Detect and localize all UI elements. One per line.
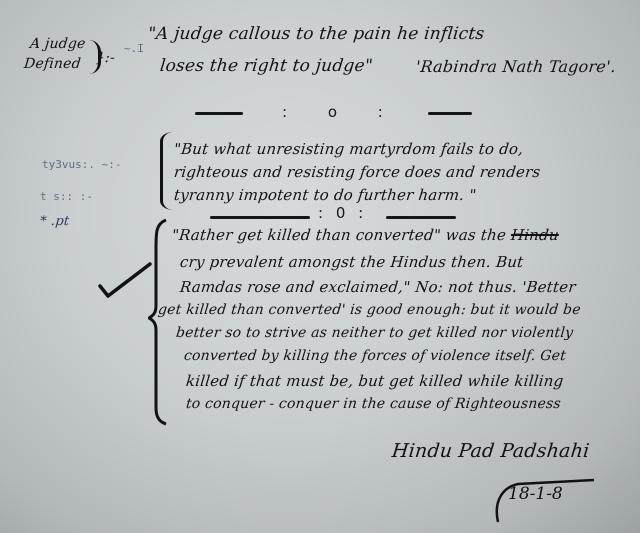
struck-word: Hindu xyxy=(510,226,560,244)
separator-line-left xyxy=(195,112,243,115)
hindu-quote-line-5: better so to strive as neither to get ki… xyxy=(175,325,574,341)
brace-force-quote xyxy=(160,132,173,210)
faint-mark: ~.I xyxy=(124,42,144,55)
hindu-quote-line-8: to conquer - conquer in the cause of Rig… xyxy=(185,396,561,412)
separator-mark: : o : xyxy=(282,103,401,121)
faint-margin-note-1: ty3vus:. ~:- xyxy=(42,158,121,171)
brace-hindu-quote xyxy=(148,218,168,428)
force-quote-line-2: righteous and resisting force does and r… xyxy=(173,163,541,181)
margin-note-pt: * .pt xyxy=(39,214,70,229)
force-quote-line-1: "But what unresisting martyrdom fails to… xyxy=(173,140,524,158)
hindu-quote-line-2: cry prevalent amongst the Hindus then. B… xyxy=(179,253,524,271)
margin-dash-marks: }:- xyxy=(95,50,116,66)
separator-2-mark: : 0 : xyxy=(318,204,367,222)
margin-label-a-judge: A judge xyxy=(29,36,86,52)
hindu-quote-line-7: killed if that must be, but get killed w… xyxy=(185,372,564,390)
source-signature: Hindu Pad Padshahi xyxy=(391,440,591,462)
margin-label-defined: Defined xyxy=(23,56,82,72)
hindu-quote-line-4: get killed than converted' is good enoug… xyxy=(157,302,581,318)
hindu-quote-line-3: Ramdas rose and exclaimed," No: not thus… xyxy=(179,278,577,296)
tagore-quote-line-1: "A judge callous to the pain he inflicts xyxy=(147,24,485,44)
separator-2-line-left xyxy=(210,216,310,219)
faint-margin-note-2: t s:: :- xyxy=(40,190,93,203)
tagore-quote-line-2: loses the right to judge" xyxy=(159,56,374,76)
separator-line-right xyxy=(428,112,472,115)
hindu-quote-line-6: converted by killing the forces of viole… xyxy=(183,348,567,364)
date: 18-1-8 xyxy=(508,484,563,504)
tagore-attribution: 'Rabindra Nath Tagore'. xyxy=(415,57,617,76)
check-mark-icon xyxy=(98,260,154,304)
hindu-quote-line-1: "Rather get killed than converted" was t… xyxy=(171,226,560,244)
force-quote-line-3: tyranny impotent to do further harm. " xyxy=(173,186,477,204)
separator-2-line-right xyxy=(386,216,456,219)
line-1-text: "Rather get killed than converted" was t… xyxy=(171,226,507,244)
scanned-document: A judge Defined }:- ~.I "A judge callous… xyxy=(0,0,640,533)
